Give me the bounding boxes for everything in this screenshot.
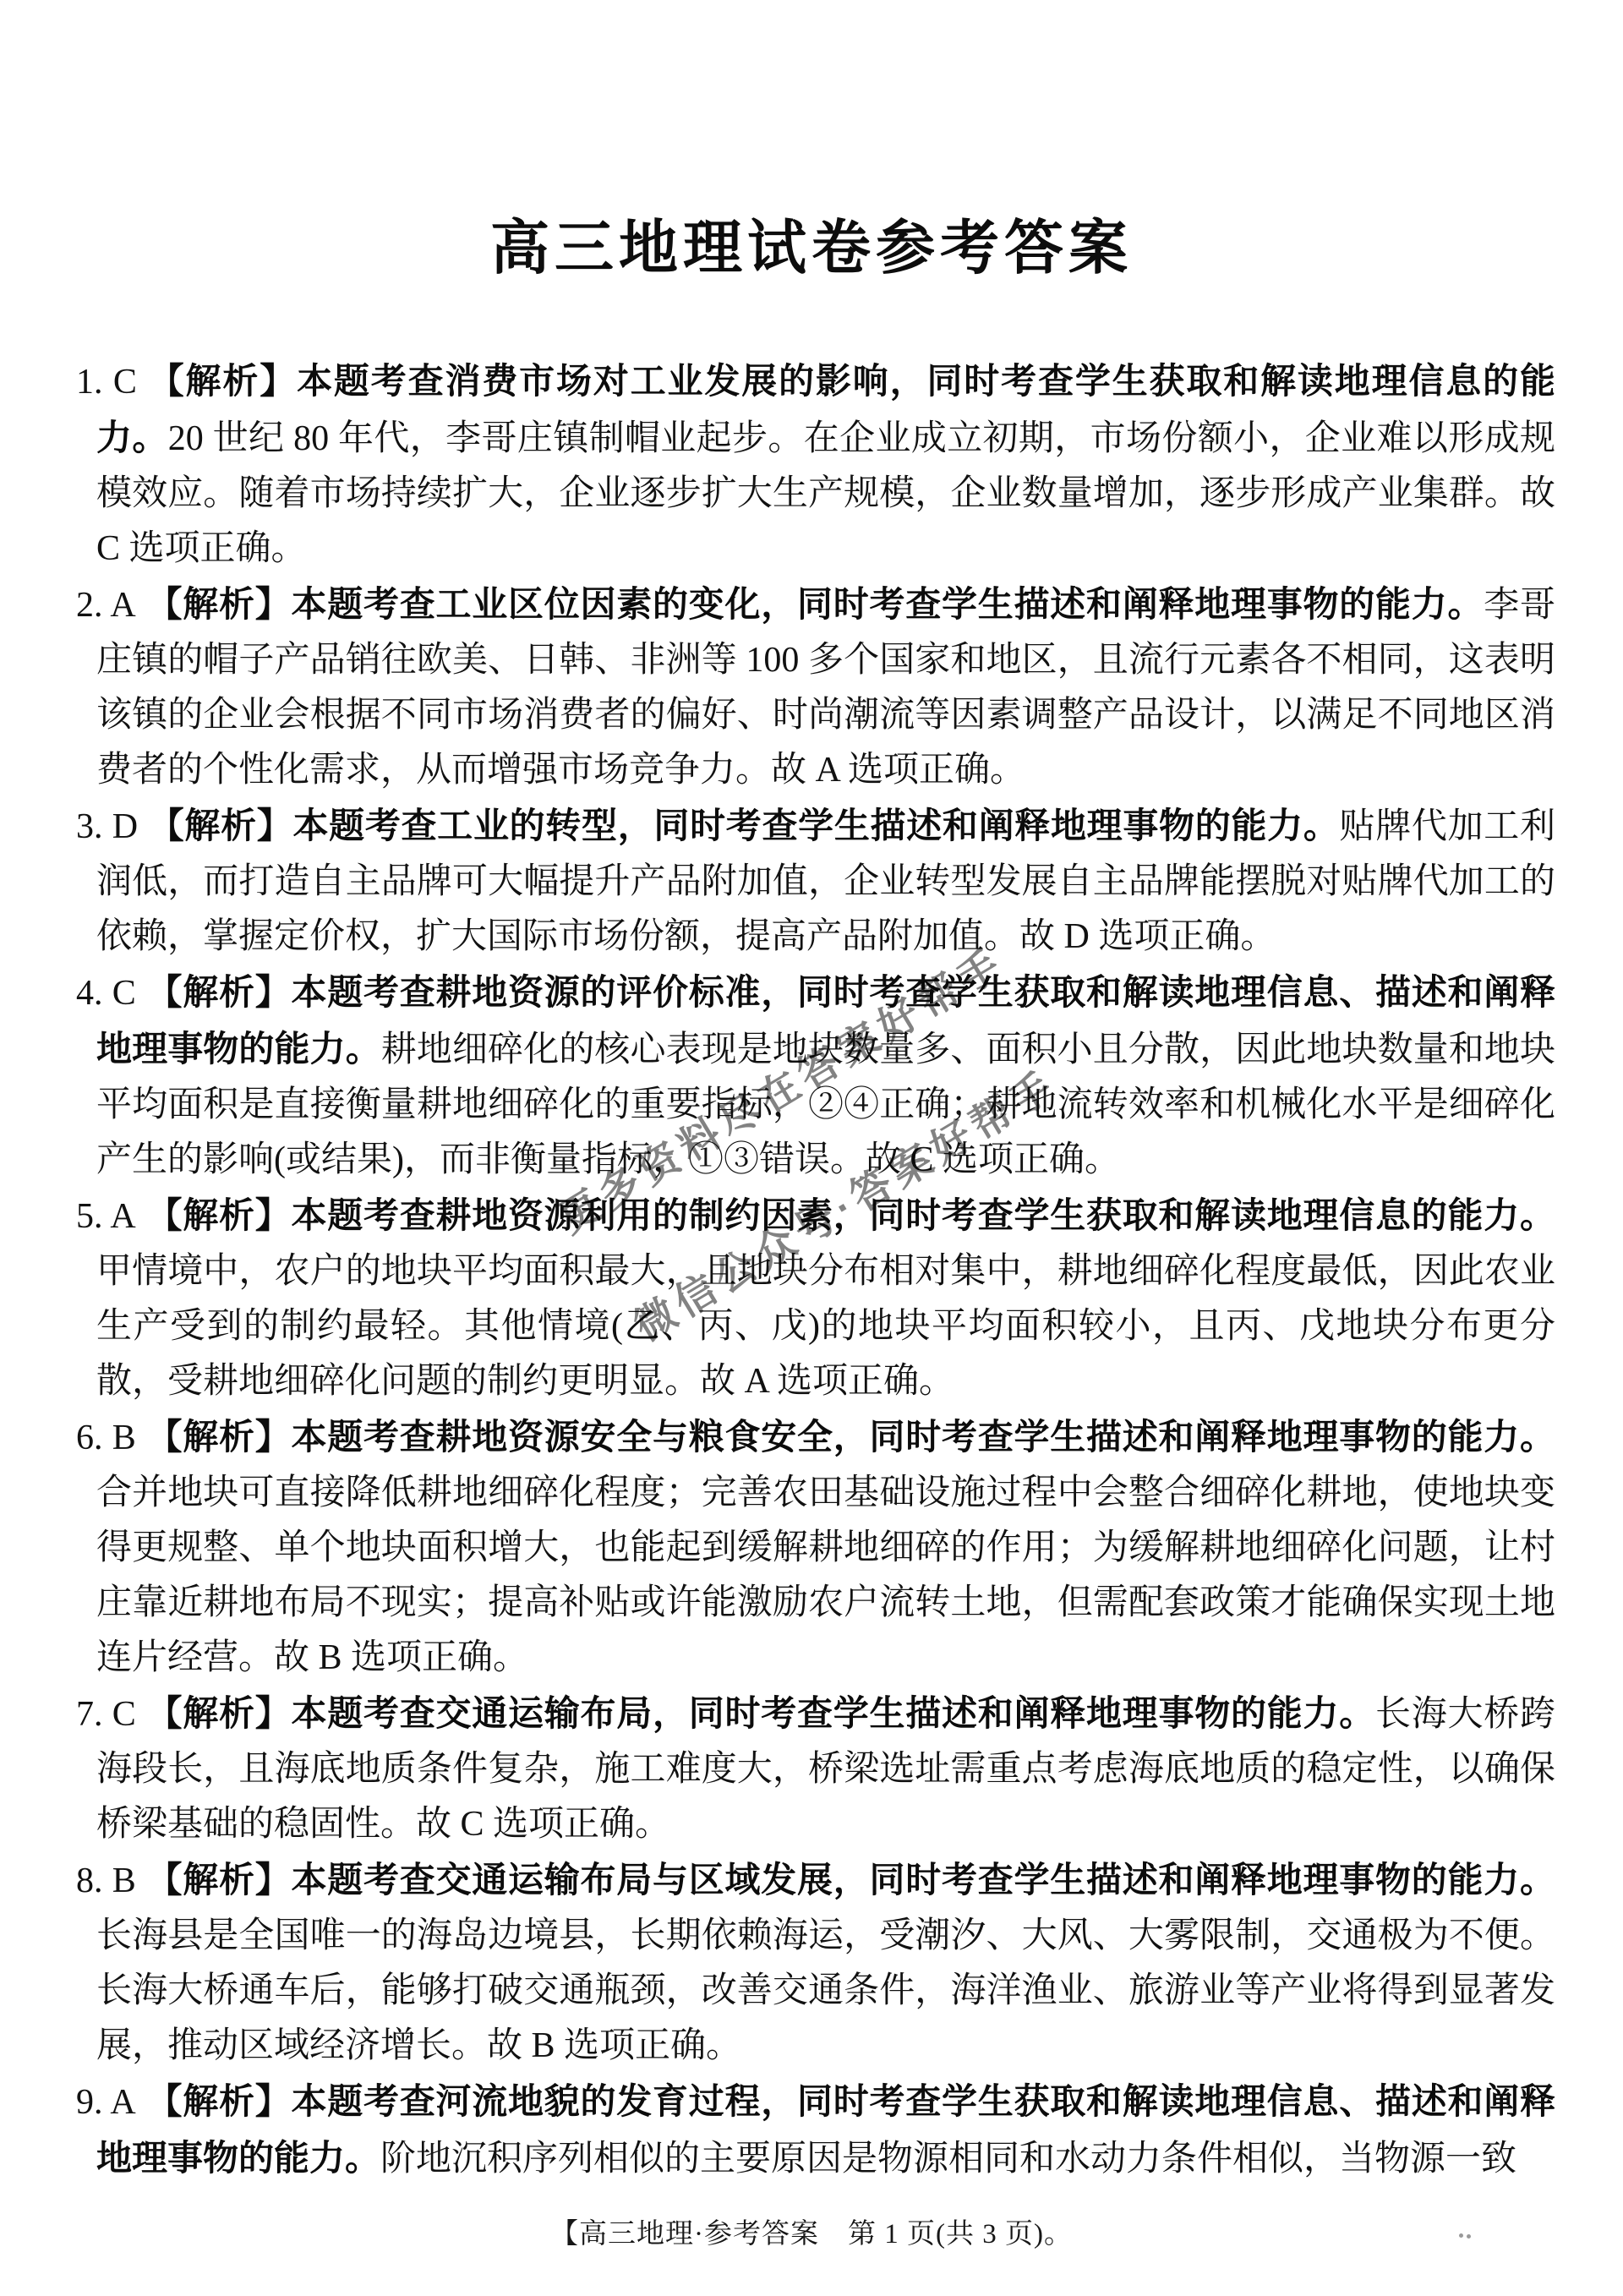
scan-speck [1459,2233,1463,2238]
answer-analysis-body: 合并地块可直接降低耕地细碎化程度；完善农田基础设施过程中会整合细碎化耕地，使地块… [96,1473,1555,1677]
answer-analysis-body: 甲情境中，农户的地块平均面积最大，且地块分布相对集中，耕地细碎化程度最低，因此农… [96,1252,1555,1401]
answer-item-4: 4. C【解析】本题考查耕地资源的评价标准，同时考查学生获取和解读地理信息、描述… [76,965,1555,1188]
answer-number: 2. A [76,586,136,625]
answer-number: 1. C [76,363,137,402]
answer-analysis-lead: 【解析】本题考查工业的转型，同时考查学生描述和阐释地理事物的能力。 [148,806,1339,845]
answer-analysis-body: 20 世纪 80 年代，李哥庄镇制帽业起步。在企业成立初期，市场份额小，企业难以… [96,419,1555,568]
answer-number: 9. A [76,2083,136,2122]
answer-item-8: 8. B【解析】本题考查交通运输布局与区域发展，同时考查学生描述和阐释地理事物的… [76,1852,1555,2074]
exam-answer-page: 更多资料尽在答案好帮手 微信公众号·答案好帮手 高三地理试卷参考答案 1. C【… [0,0,1623,2296]
answer-item-7: 7. C【解析】本题考查交通运输布局，同时考查学生描述和阐释地理事物的能力。长海… [76,1686,1555,1852]
answer-analysis-lead: 【解析】本题考查耕地资源利用的制约因素，同时考查学生获取和解读地理信息的能力。 [146,1195,1555,1235]
page-footer: 【高三地理·参考答案 第 1 页(共 3 页)。 [0,2211,1623,2251]
answer-analysis-lead: 【解析】本题考查交通运输布局与区域发展，同时考查学生描述和阐释地理事物的能力。 [146,1860,1555,1900]
answer-item-6: 6. B【解析】本题考查耕地资源安全与粮食安全，同时考查学生描述和阐释地理事物的… [76,1409,1555,1686]
answer-item-1: 1. C【解析】本题考查消费市场对工业发展的影响，同时考查学生获取和解读地理信息… [76,353,1555,577]
answer-number: 3. D [76,807,138,846]
answer-item-3: 3. D【解析】本题考查工业的转型，同时考查学生描述和阐释地理事物的能力。贴牌代… [76,798,1555,965]
answer-item-5: 5. A【解析】本题考查耕地资源利用的制约因素，同时考查学生获取和解读地理信息的… [76,1188,1555,1409]
answer-number: 6. B [76,1419,136,1457]
answer-analysis-lead: 【解析】本题考查交通运输布局，同时考查学生描述和阐释地理事物的能力。 [146,1693,1375,1733]
answer-number: 5. A [76,1197,136,1236]
answer-analysis-body: 长海县是全国唯一的海岛边境县，长期依赖海运，受潮汐、大风、大雾限制，交通极为不便… [96,1916,1555,2065]
answer-item-9: 9. A【解析】本题考查河流地貌的发育过程，同时考查学生获取和解读地理信息、描述… [76,2074,1555,2187]
answer-analysis-lead: 【解析】本题考查工业区位因素的变化，同时考查学生描述和阐释地理事物的能力。 [146,584,1484,624]
answer-number: 8. B [76,1861,136,1900]
answer-item-2: 2. A【解析】本题考查工业区位因素的变化，同时考查学生描述和阐释地理事物的能力… [76,577,1555,798]
answer-analysis-body: 阶地沉积序列相似的主要原因是物源相同和水动力条件相似，当物源一致 [380,2140,1516,2178]
answer-list: 1. C【解析】本题考查消费市场对工业发展的影响，同时考查学生获取和解读地理信息… [76,353,1555,2187]
answer-number: 7. C [76,1695,136,1734]
page-title: 高三地理试卷参考答案 [0,0,1623,287]
answer-number: 4. C [76,974,136,1013]
answer-analysis-lead: 【解析】本题考查耕地资源安全与粮食安全，同时考查学生描述和阐释地理事物的能力。 [146,1417,1555,1457]
